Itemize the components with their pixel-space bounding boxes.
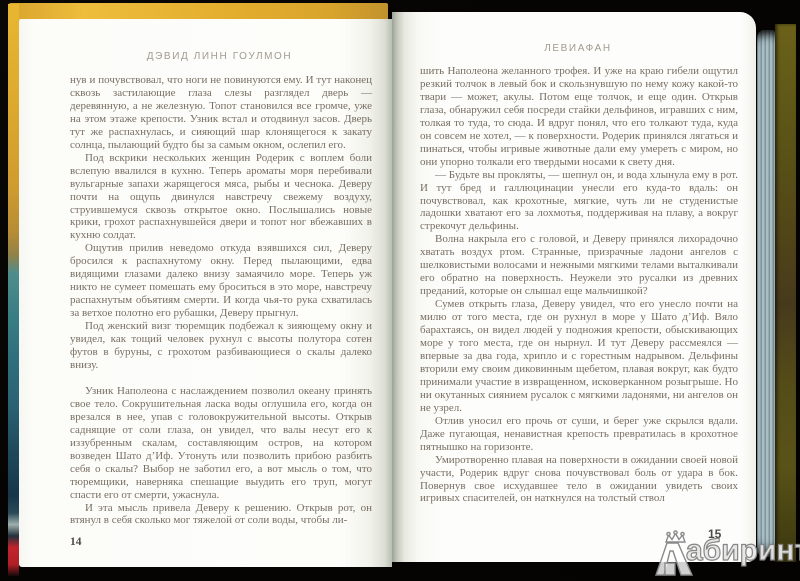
paragraph: шить Наполеона желанного трофея. И уже н…: [420, 65, 738, 169]
paragraph: И эта мысль привела Деверу к решению. От…: [70, 502, 372, 528]
book-cover-top-edge: [8, 3, 388, 20]
book-back-cover-edge: [775, 24, 796, 562]
paragraph: нув и почувствовал, что ноги не повинуют…: [70, 74, 372, 152]
page-edges-stack: [757, 30, 775, 557]
running-header-author: ДЭВИД ЛИНН ГОУЛМОН: [19, 51, 392, 62]
paragraph: Умиротворенно плавая на поверхности в ож…: [420, 454, 738, 506]
paragraph: Волна накрыла его с головой, и Деверу пр…: [420, 233, 738, 298]
paragraph: Отлив уносил его прочь от суши, и берег …: [420, 415, 738, 454]
paragraph: Под вскрики нескольких женщин Родерик с …: [70, 152, 372, 243]
left-page: ДЭВИД ЛИНН ГОУЛМОН нув и почувствовал, ч…: [19, 19, 392, 567]
paragraph: Узник Наполеона с наслаждением позволил …: [70, 385, 372, 502]
paragraph: Сумев открыть глаза, Деверу увидел, что …: [420, 298, 738, 415]
page-number-left: 14: [70, 536, 82, 548]
paragraph: — Будьте вы прокляты, — шепнул он, и вод…: [420, 169, 738, 234]
paragraph: Ощутив прилив неведомо откуда взявшихся …: [70, 242, 372, 320]
right-page: ЛЕВИАФАН шить Наполеона желанного трофея…: [392, 12, 756, 562]
paragraph: Под женский визг тюремщик подбежал к зия…: [70, 320, 372, 372]
running-header-title: ЛЕВИАФАН: [392, 43, 756, 54]
right-page-text: шить Наполеона желанного трофея. И уже н…: [392, 65, 756, 505]
left-page-text: нув и почувствовал, что ноги не повинуют…: [19, 74, 392, 527]
book-spread-photo: ДЭВИД ЛИНН ГОУЛМОН нув и почувствовал, ч…: [0, 0, 800, 581]
book-cover-left-edge: [8, 4, 19, 576]
